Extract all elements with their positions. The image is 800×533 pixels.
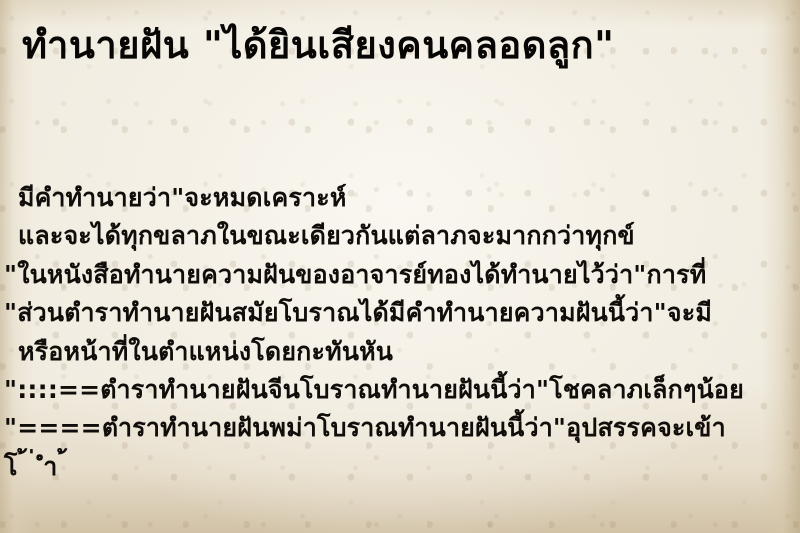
text-line: และจะได้ทุกขลาภในขณะเดียวกันแต่ลาภจะมากก… — [0, 217, 800, 255]
text-line: "ส่วนตำราทำนายฝันสมัยโบราณได้มีคำทำนายคว… — [0, 294, 800, 332]
text-line: "====ตำราทำนายฝันพม่าโบราณทำนายฝันนี้ว่า… — [0, 409, 800, 447]
dream-card: { "title": "ทำนายฝัน \"ได้ยินเสียงคนคลอด… — [0, 0, 800, 533]
text-line: มีคำทำนายว่า"จะหมดเคราะห์ — [0, 179, 800, 217]
text-line: "ในหนังสือทำนายความฝันของอาจารย์ทองได้ทำ… — [0, 256, 800, 294]
interpretation-text: มีคำทำนายว่า"จะหมดเคราะห์ และจะได้ทุกขลา… — [0, 179, 800, 486]
page-title: ทำนายฝัน "ได้ยินเสียงคนคลอดลูก" — [22, 14, 614, 76]
text-line: หรือหน้าที่ในตำแหน่งโดยกะทันหัน — [0, 333, 800, 371]
text-line: "::::==ตำราทำนายฝันจีนโบราณทำนายฝันนี้ว่… — [0, 371, 800, 409]
text-line-clipped: โ ้ ่ ำ ้ — [0, 448, 800, 486]
